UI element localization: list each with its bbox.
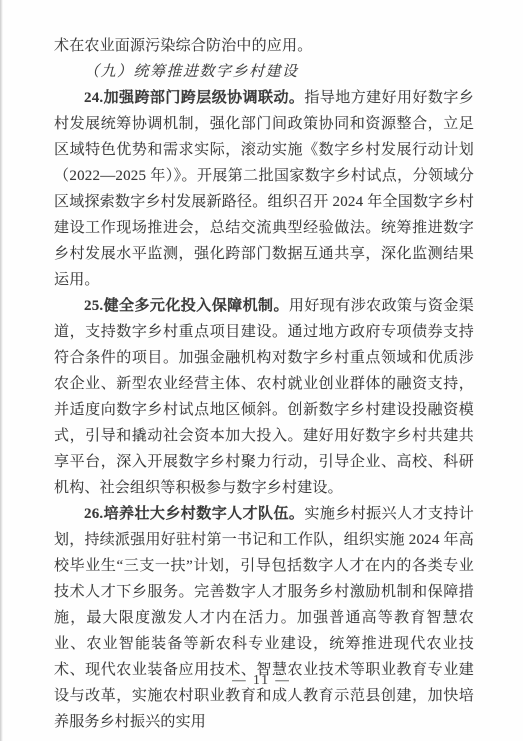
document-page: 术在农业面源污染综合防治中的应用。 （九）统筹推进数字乡村建设 24.加强跨部门… [0,0,523,741]
paragraph-24-body: 指导地方建好用好数字乡村发展统筹协调机制，强化部门间政策协同和资源整合，立足区域… [54,90,474,288]
paragraph-24: 24.加强跨部门跨层级协调联动。指导地方建好用好数字乡村发展统筹协调机制，强化部… [54,85,474,293]
document-content: 术在农业面源污染综合防治中的应用。 （九）统筹推进数字乡村建设 24.加强跨部门… [54,33,474,735]
paragraph-24-lead: 24.加强跨部门跨层级协调联动。 [84,90,304,106]
scan-left-edge [0,0,3,741]
paragraph-25-body: 用好现有涉农政策与资金渠道，支持数字乡村重点项目建设。通过地方政府专项债券支持符… [54,298,474,496]
section-heading-9: （九）统筹推进数字乡村建设 [54,59,474,85]
paragraph-continuation: 术在农业面源污染综合防治中的应用。 [54,33,474,59]
paragraph-26-lead: 26.培养壮大乡村数字人才队伍。 [84,506,304,522]
paragraph-25: 25.健全多元化投入保障机制。用好现有涉农政策与资金渠道，支持数字乡村重点项目建… [54,293,474,501]
paragraph-25-lead: 25.健全多元化投入保障机制。 [84,298,289,314]
page-number: — 11 — [0,672,523,688]
paragraph-26: 26.培养壮大乡村数字人才队伍。实施乡村振兴人才支持计划，持续派强用好驻村第一书… [54,501,474,735]
paragraph-26-body: 实施乡村振兴人才支持计划，持续派强用好驻村第一书记和工作队，组织实施 2024 … [54,506,474,730]
